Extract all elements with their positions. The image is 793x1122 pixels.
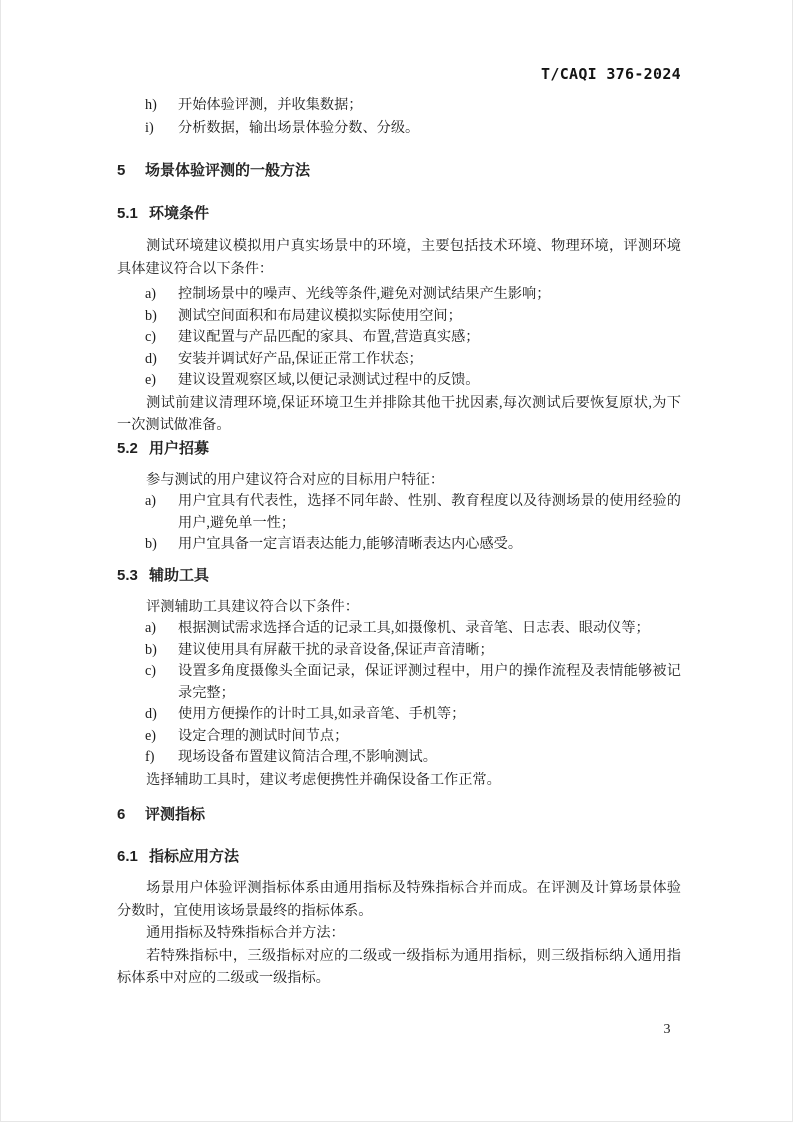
list-item-marker: e) bbox=[145, 370, 178, 392]
section-heading-5-3: 5.3 辅助工具 bbox=[117, 566, 681, 586]
list-item-text: 开始体验评测，并收集数据； bbox=[178, 94, 681, 117]
section-heading-5-2: 5.2 用户招募 bbox=[117, 439, 681, 459]
list-item-text: 用户宜具备一定言语表达能力,能够清晰表达内心感受。 bbox=[178, 534, 681, 556]
list-item-text: 设置多角度摄像头全面记录，保证评测过程中，用户的操作流程及表情能够被记录完整； bbox=[178, 661, 681, 704]
section-5-2-list: a) 用户宜具有代表性，选择不同年龄、性别、教育程度以及待测场景的使用经验的用户… bbox=[117, 491, 681, 556]
document-body: h) 开始体验评测，并收集数据； i) 分析数据，输出场景体验分数、分级。 5 … bbox=[117, 94, 681, 990]
list-item-text: 现场设备布置建议简洁合理,不影响测试。 bbox=[178, 747, 681, 769]
section-number: 6.1 bbox=[117, 847, 149, 867]
section-title: 评测指标 bbox=[145, 805, 205, 825]
list-item-text: 建议设置观察区域,以便记录测试过程中的反馈。 bbox=[178, 370, 681, 392]
section-heading-6-1: 6.1 指标应用方法 bbox=[117, 847, 681, 867]
list-item-marker: d) bbox=[145, 349, 178, 371]
section-heading-5-1: 5.1 环境条件 bbox=[117, 204, 681, 224]
list-item: a) 控制场景中的噪声、光线等条件,避免对测试结果产生影响； bbox=[117, 284, 681, 306]
list-item-marker: c) bbox=[145, 661, 178, 704]
list-item: f) 现场设备布置建议简洁合理,不影响测试。 bbox=[117, 747, 681, 769]
list-item: c) 设置多角度摄像头全面记录，保证评测过程中，用户的操作流程及表情能够被记录完… bbox=[117, 661, 681, 704]
section-number: 5.1 bbox=[117, 204, 149, 224]
list-item-text: 测试空间面积和布局建议模拟实际使用空间； bbox=[178, 306, 681, 328]
list-item-text: 安装并调试好产品,保证正常工作状态； bbox=[178, 349, 681, 371]
list-item-text: 用户宜具有代表性，选择不同年龄、性别、教育程度以及待测场景的使用经验的用户,避免… bbox=[178, 491, 681, 534]
section-title: 用户招募 bbox=[149, 439, 209, 459]
list-item: a) 根据测试需求选择合适的记录工具,如摄像机、录音笔、日志表、眼动仪等； bbox=[117, 618, 681, 640]
section-title: 环境条件 bbox=[149, 204, 209, 224]
section-number: 5 bbox=[117, 161, 145, 181]
list-item-text: 控制场景中的噪声、光线等条件,避免对测试结果产生影响； bbox=[178, 284, 681, 306]
list-item-marker: c) bbox=[145, 327, 178, 349]
list-item-marker: b) bbox=[145, 306, 178, 328]
list-item-text: 建议使用具有屏蔽干扰的录音设备,保证声音清晰； bbox=[178, 640, 681, 662]
list-item-marker: b) bbox=[145, 534, 178, 556]
list-item: b) 用户宜具备一定言语表达能力,能够清晰表达内心感受。 bbox=[117, 534, 681, 556]
paragraph: 通用指标及特殊指标合并方法： bbox=[117, 922, 681, 945]
paragraph: 选择辅助工具时，建议考虑便携性并确保设备工作正常。 bbox=[117, 769, 681, 792]
section-title: 场景体验评测的一般方法 bbox=[145, 161, 310, 181]
list-item-marker: e) bbox=[145, 726, 178, 748]
list-item-marker: a) bbox=[145, 284, 178, 306]
paragraph: 测试前建议清理环境,保证环境卫生并排除其他干扰因素,每次测试后要恢复原状,为下一… bbox=[117, 392, 681, 437]
paragraph: 场景用户体验评测指标体系由通用指标及特殊指标合并而成。在评测及计算场景体验分数时… bbox=[117, 877, 681, 922]
section-5-1-list: a) 控制场景中的噪声、光线等条件,避免对测试结果产生影响； b) 测试空间面积… bbox=[117, 284, 681, 392]
paragraph: 若特殊指标中，三级指标对应的二级或一级指标为通用指标，则三级指标纳入通用指标体系… bbox=[117, 945, 681, 990]
section-number: 5.3 bbox=[117, 566, 149, 586]
list-item-marker: i) bbox=[145, 117, 178, 140]
list-item-text: 设定合理的测试时间节点； bbox=[178, 726, 681, 748]
document-page: T/CAQI 376-2024 h) 开始体验评测，并收集数据； i) 分析数据… bbox=[0, 0, 793, 1122]
list-item-marker: a) bbox=[145, 491, 178, 534]
list-item: h) 开始体验评测，并收集数据； bbox=[117, 94, 681, 117]
section-number: 5.2 bbox=[117, 439, 149, 459]
section-number: 6 bbox=[117, 805, 145, 825]
list-item: a) 用户宜具有代表性，选择不同年龄、性别、教育程度以及待测场景的使用经验的用户… bbox=[117, 491, 681, 534]
list-item: e) 建议设置观察区域,以便记录测试过程中的反馈。 bbox=[117, 370, 681, 392]
list-item-marker: a) bbox=[145, 618, 178, 640]
section-heading-5: 5 场景体验评测的一般方法 bbox=[117, 161, 681, 181]
list-item: b) 建议使用具有屏蔽干扰的录音设备,保证声音清晰； bbox=[117, 640, 681, 662]
document-number: T/CAQI 376-2024 bbox=[541, 65, 681, 83]
list-item-text: 使用方便操作的计时工具,如录音笔、手机等； bbox=[178, 704, 681, 726]
list-item-marker: h) bbox=[145, 94, 178, 117]
list-item: c) 建议配置与产品匹配的家具、布置,营造真实感； bbox=[117, 327, 681, 349]
paragraph: 评测辅助工具建议符合以下条件： bbox=[117, 596, 681, 619]
list-item: b) 测试空间面积和布局建议模拟实际使用空间； bbox=[117, 306, 681, 328]
paragraph: 测试环境建议模拟用户真实场景中的环境，主要包括技术环境、物理环境，评测环境具体建… bbox=[117, 235, 681, 280]
intro-list: h) 开始体验评测，并收集数据； i) 分析数据，输出场景体验分数、分级。 bbox=[117, 94, 681, 140]
list-item: d) 使用方便操作的计时工具,如录音笔、手机等； bbox=[117, 704, 681, 726]
list-item-text: 根据测试需求选择合适的记录工具,如摄像机、录音笔、日志表、眼动仪等； bbox=[178, 618, 681, 640]
paragraph: 参与测试的用户建议符合对应的目标用户特征： bbox=[117, 469, 681, 492]
list-item: d) 安装并调试好产品,保证正常工作状态； bbox=[117, 349, 681, 371]
list-item: i) 分析数据，输出场景体验分数、分级。 bbox=[117, 117, 681, 140]
list-item-text: 分析数据，输出场景体验分数、分级。 bbox=[178, 117, 681, 140]
section-title: 指标应用方法 bbox=[149, 847, 239, 867]
page-number: 3 bbox=[653, 1022, 681, 1038]
list-item-marker: d) bbox=[145, 704, 178, 726]
list-item: e) 设定合理的测试时间节点； bbox=[117, 726, 681, 748]
list-item-marker: b) bbox=[145, 640, 178, 662]
section-heading-6: 6 评测指标 bbox=[117, 805, 681, 825]
section-title: 辅助工具 bbox=[149, 566, 209, 586]
list-item-marker: f) bbox=[145, 747, 178, 769]
list-item-text: 建议配置与产品匹配的家具、布置,营造真实感； bbox=[178, 327, 681, 349]
section-5-3-list: a) 根据测试需求选择合适的记录工具,如摄像机、录音笔、日志表、眼动仪等； b)… bbox=[117, 618, 681, 769]
